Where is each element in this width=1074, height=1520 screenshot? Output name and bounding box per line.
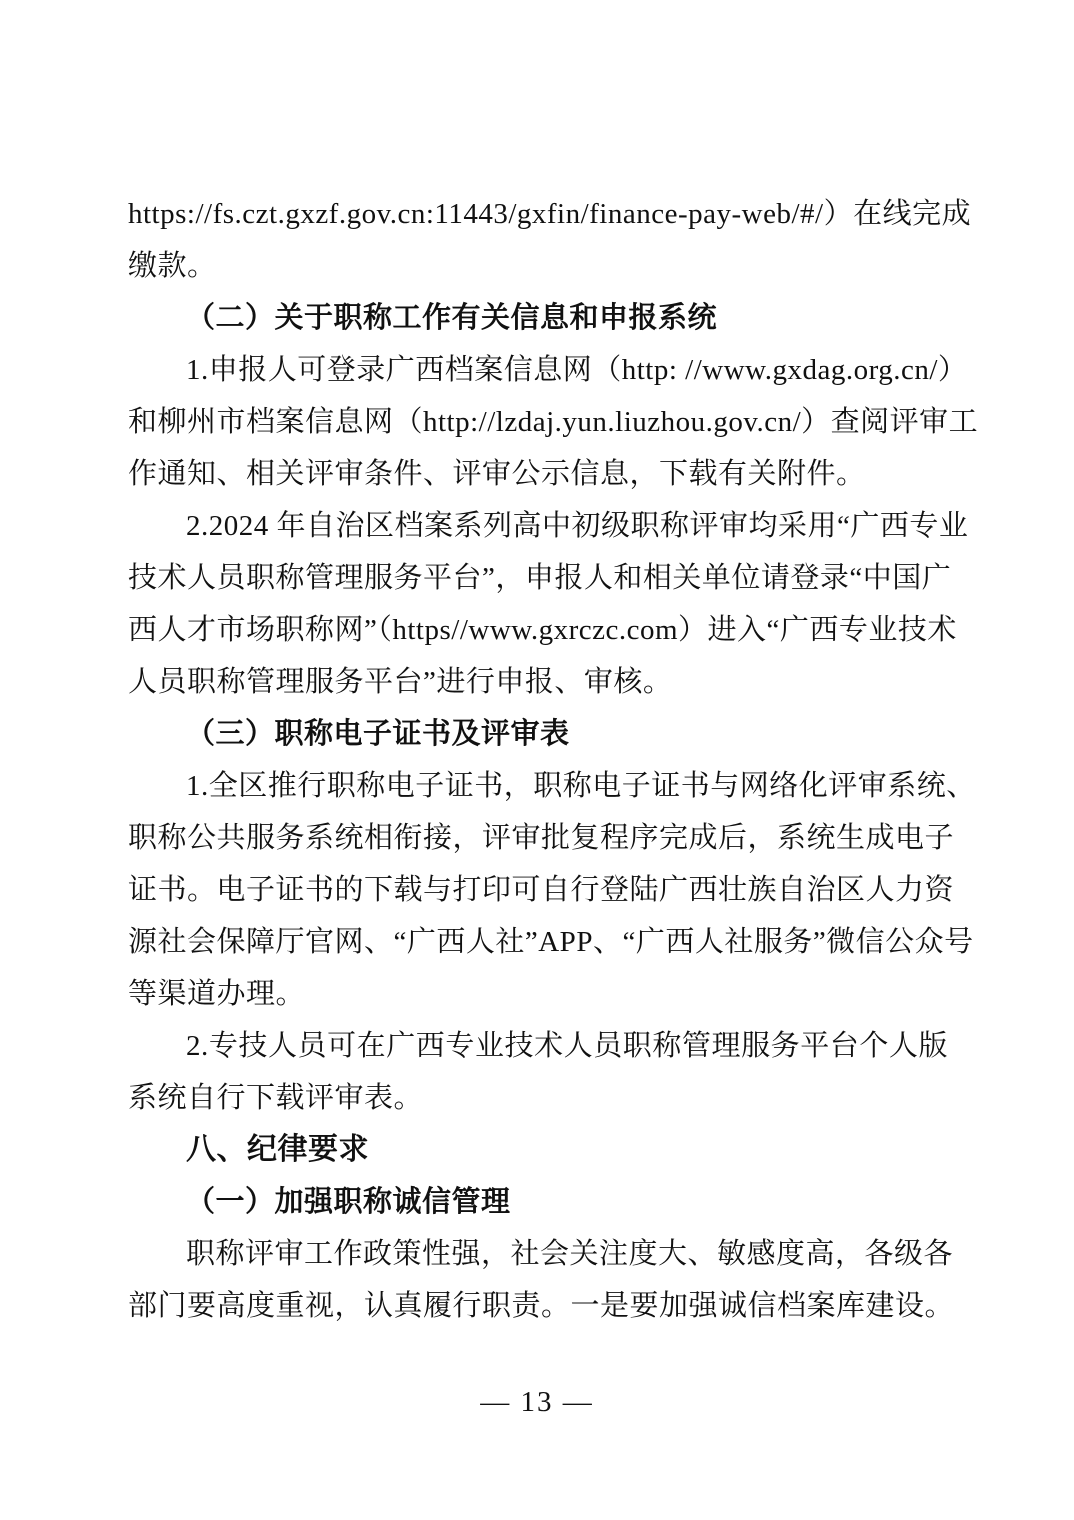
doc-line-item-1: 1.申报人可登录广西档案信息网（http: //www.gxdag.org.cn… [128, 344, 948, 396]
document-body: https://fs.czt.gxzf.gov.cn:11443/gxfin/f… [128, 188, 948, 1332]
doc-line-url-continuation: https://fs.czt.gxzf.gov.cn:11443/gxfin/f… [128, 188, 948, 240]
doc-line: 系统自行下载评审表。 [128, 1072, 948, 1124]
doc-line: 证书。电子证书的下载与打印可自行登陆广西壮族自治区人力资 [128, 864, 948, 916]
heading-section-3: （三）职称电子证书及评审表 [128, 708, 948, 760]
doc-line: 技术人员职称管理服务平台”，申报人和相关单位请登录“中国广 [128, 552, 948, 604]
doc-line: 职称评审工作政策性强，社会关注度大、敏感度高，各级各 [128, 1228, 948, 1280]
doc-line-item-2: 2.专技人员可在广西专业技术人员职称管理服务平台个人版 [128, 1020, 948, 1072]
doc-line: 人员职称管理服务平台”进行申报、审核。 [128, 656, 948, 708]
doc-line: 职称公共服务系统相衔接，评审批复程序完成后，系统生成电子 [128, 812, 948, 864]
doc-line: 作通知、相关评审条件、评审公示信息，下载有关附件。 [128, 448, 948, 500]
heading-chapter-8: 八、纪律要求 [128, 1124, 948, 1176]
page-number: — 13 — [0, 1382, 1074, 1422]
heading-section-2: （二）关于职称工作有关信息和申报系统 [128, 292, 948, 344]
doc-line-paragraph-end: 缴款。 [128, 240, 948, 292]
doc-line: 源社会保障厅官网、“广西人社”APP、“广西人社服务”微信公众号 [128, 916, 948, 968]
heading-section-1: （一）加强职称诚信管理 [128, 1176, 948, 1228]
doc-line-item-2: 2.2024 年自治区档案系列高中初级职称评审均采用“广西专业 [128, 500, 948, 552]
document-page: https://fs.czt.gxzf.gov.cn:11443/gxfin/f… [0, 0, 1074, 1520]
doc-line: 部门要高度重视，认真履行职责。一是要加强诚信档案库建设。 [128, 1280, 948, 1332]
doc-line: 和柳州市档案信息网（http://lzdaj.yun.liuzhou.gov.c… [128, 396, 948, 448]
doc-line: 等渠道办理。 [128, 968, 948, 1020]
doc-line-item-1: 1.全区推行职称电子证书，职称电子证书与网络化评审系统、 [128, 760, 948, 812]
doc-line: 西人才市场职称网”（https//www.gxrczc.com）进入“广西专业技… [128, 604, 948, 656]
